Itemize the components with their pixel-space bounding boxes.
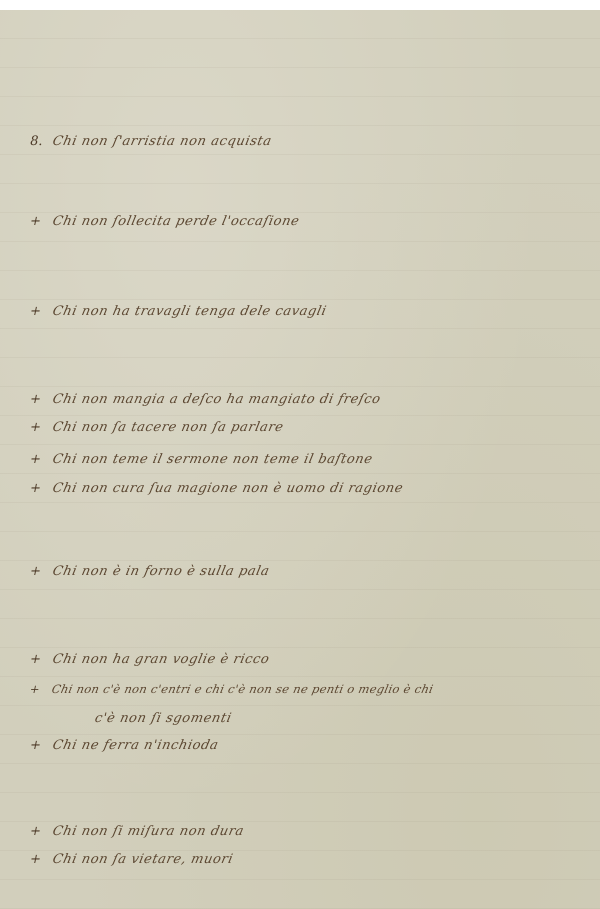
- proverb-text: Chi non ſollecita perde l'occaſione: [51, 214, 301, 229]
- line-marker: 8.: [28, 134, 49, 149]
- line-marker: +: [28, 452, 49, 467]
- line-marker: +: [28, 824, 49, 839]
- line-marker: +: [28, 392, 49, 407]
- proverb-text: Chi non è in forno è sulla pala: [51, 564, 271, 579]
- proverb-text: Chi non cura ſua magione non è uomo di r…: [51, 481, 404, 496]
- line-marker: +: [29, 682, 50, 696]
- proverb-text: Chi non ha gran voglie è ricco: [51, 652, 271, 667]
- proverb-text: Chi ne ferra n'inchioda: [51, 738, 220, 753]
- manuscript-page: 8. Chi non ſ'arristia non acquista + Chi…: [0, 10, 600, 909]
- proverb-line-6: + Chi non teme il sermone non teme il ba…: [28, 452, 374, 467]
- proverb-line-5: + Chi non ſa tacere non ſa parlare: [28, 420, 285, 435]
- line-marker: +: [28, 214, 49, 229]
- proverb-line-8: + Chi non è in forno è sulla pala: [28, 564, 271, 579]
- line-marker: +: [28, 852, 49, 867]
- line-marker: +: [28, 652, 49, 667]
- proverb-line-11: + Chi ne ferra n'inchioda: [28, 738, 220, 753]
- proverb-line-4: + Chi non mangia a deſco ha mangiato di …: [28, 392, 382, 407]
- line-marker: +: [28, 304, 49, 319]
- proverb-text: Chi non ſ'arristia non acquista: [51, 134, 273, 149]
- proverb-line-9: + Chi non ha gran voglie è ricco: [28, 652, 271, 667]
- proverb-line-12: + Chi non ſi miſura non dura: [28, 824, 245, 839]
- proverb-text: Chi non teme il sermone non teme il baſt…: [51, 452, 374, 467]
- line-marker: +: [28, 738, 49, 753]
- line-marker: +: [28, 481, 49, 496]
- proverb-text: Chi non ſa tacere non ſa parlare: [51, 420, 285, 435]
- proverb-line-7: + Chi non cura ſua magione non è uomo di…: [28, 481, 404, 496]
- proverb-text: Chi non ſi miſura non dura: [51, 824, 245, 839]
- proverb-line-1: 8. Chi non ſ'arristia non acquista: [28, 134, 273, 149]
- proverb-text: Chi non ſa vietare, muori: [51, 852, 234, 867]
- proverb-line-3: + Chi non ha travagli tenga dele cavagli: [28, 304, 328, 319]
- line-marker: +: [28, 420, 49, 435]
- proverb-line-10: + Chi non c'è non c'entri e chi c'è non …: [29, 682, 435, 696]
- proverb-line-10-continuation: c'è non ſi sgomenti: [93, 711, 233, 726]
- proverb-text: Chi non ha travagli tenga dele cavagli: [51, 304, 328, 319]
- proverb-text: c'è non ſi sgomenti: [93, 711, 233, 726]
- line-marker: +: [28, 564, 49, 579]
- proverb-line-2: + Chi non ſollecita perde l'occaſione: [28, 214, 301, 229]
- proverb-text: Chi non c'è non c'entri e chi c'è non se…: [50, 682, 434, 696]
- proverb-line-13: + Chi non ſa vietare, muori: [28, 852, 234, 867]
- proverb-text: Chi non mangia a deſco ha mangiato di fr…: [51, 392, 382, 407]
